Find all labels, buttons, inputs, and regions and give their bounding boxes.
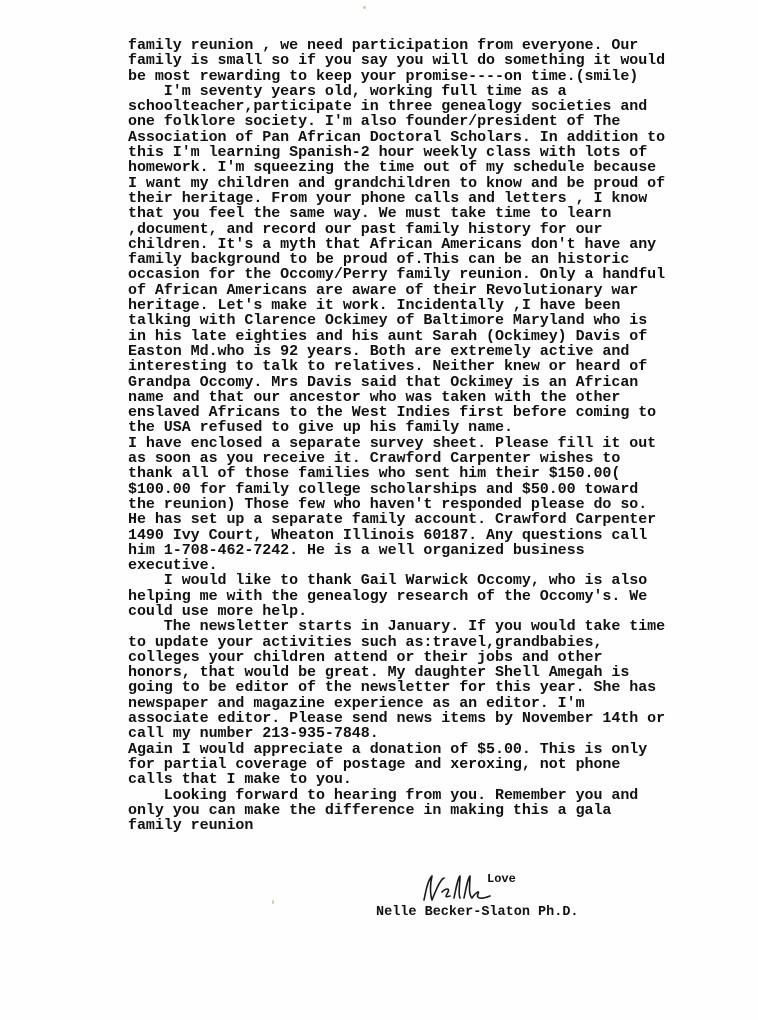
letter-line: calls that I make to you. [128,772,748,787]
letter-line: interesting to talk to relatives. Neithe… [128,359,748,374]
letter-line: I'm seventy years old, working full time… [128,84,748,99]
letter-line: family is small so if you say you will d… [128,53,748,68]
letter-line: Association of Pan African Doctoral Scho… [128,130,748,145]
letter-line: Easton Md.who is 92 years. Both are extr… [128,344,748,359]
letter-line: enslaved Africans to the West Indies fir… [128,405,748,420]
letter-line: occasion for the Occomy/Perry family reu… [128,267,748,282]
letter-line: him 1-708-462-7242. He is a well organiz… [128,543,748,558]
letter-line: for partial coverage of postage and xero… [128,757,748,772]
letter-line: that you feel the same way. We must take… [128,206,748,221]
letter-line: homework. I'm squeezing the time out of … [128,160,748,175]
letter-line: this I'm learning Spanish-2 hour weekly … [128,145,748,160]
handwritten-signature [420,870,492,906]
letter-line: one folklore society. I'm also founder/p… [128,114,748,129]
letter-line: 1490 Ivy Court, Wheaton Illinois 60187. … [128,528,748,543]
letter-line: He has set up a separate family account.… [128,512,748,527]
letter-line: call my number 213-935-7848. [128,726,748,741]
letter-line: honors, that would be great. My daughter… [128,665,748,680]
letter-line: as soon as you receive it. Crawford Carp… [128,451,748,466]
letter-line: family reunion [128,818,748,833]
letter-line: I would like to thank Gail Warwick Occom… [128,573,748,588]
letter-line: of African Americans are aware of their … [128,283,748,298]
letter-line: thank all of those families who sent him… [128,466,748,481]
letter-body: family reunion , we need participation f… [128,38,748,833]
letter-line: Again I would appreciate a donation of $… [128,742,748,757]
letter-page: family reunion , we need participation f… [0,0,758,1020]
letter-line: schoolteacher,participate in three genea… [128,99,748,114]
letter-line: family background to be proud of.This ca… [128,252,748,267]
letter-line: helping me with the genealogy research o… [128,589,748,604]
letter-line: heritage. Let's make it work. Incidental… [128,298,748,313]
letter-line: associate editor. Please send news items… [128,711,748,726]
letter-line: only you can make the difference in maki… [128,803,748,818]
letter-line: newspaper and magazine experience as an … [128,696,748,711]
letter-line: talking with Clarence Ockimey of Baltimo… [128,313,748,328]
letter-line: name and that our ancestor who was taken… [128,390,748,405]
signer-name: Nelle Becker-Slaton Ph.D. [376,905,579,920]
letter-line: in his late eighties and his aunt Sarah … [128,329,748,344]
closing-salutation: Love [487,872,516,886]
letter-line: their heritage. From your phone calls an… [128,191,748,206]
letter-line: to update your activities such as:travel… [128,635,748,650]
paper-speck [363,6,366,9]
letter-line: children. It's a myth that African Ameri… [128,237,748,252]
letter-line: I want my children and grandchildren to … [128,176,748,191]
letter-line: be most rewarding to keep your promise--… [128,69,748,84]
letter-line: $100.00 for family college scholarships … [128,482,748,497]
letter-line: family reunion , we need participation f… [128,38,748,53]
letter-line: I have enclosed a separate survey sheet.… [128,436,748,451]
letter-line: Grandpa Occomy. Mrs Davis said that Ocki… [128,375,748,390]
letter-line: going to be editor of the newsletter for… [128,680,748,695]
letter-line: Looking forward to hearing from you. Rem… [128,788,748,803]
letter-line: colleges your children attend or their j… [128,650,748,665]
letter-line: executive. [128,558,748,573]
paper-speck [272,900,274,904]
letter-line: ,document, and record our past family hi… [128,222,748,237]
letter-line: the reunion) Those few who haven't respo… [128,497,748,512]
letter-line: could use more help. [128,604,748,619]
letter-line: The newsletter starts in January. If you… [128,619,748,634]
letter-line: the USA refused to give up his family na… [128,420,748,435]
